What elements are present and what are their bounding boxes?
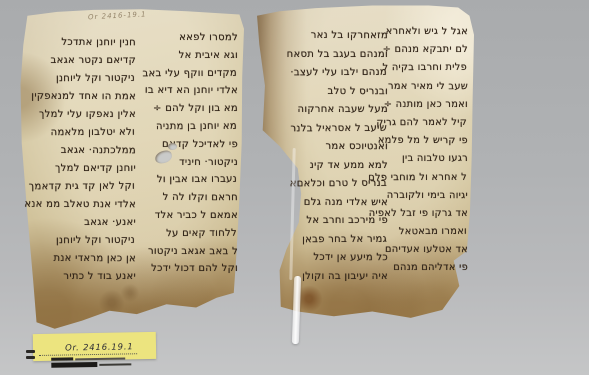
manuscript-text-line: ולא יטלבון מלאמה [27,124,135,143]
manuscript-text-line: פי לאדיכל קדאם [142,136,238,154]
manuscript-text-line: מנהם ילבו עלי לעצב· [299,64,387,83]
manuscript-text-line: שיעב ל אסראיל בלנר [299,119,387,138]
manuscript-text-line: ואנטיוכס אמר [300,138,388,157]
manuscript-text-line: וקל להם דכול ידכל [142,260,238,278]
scale-bar-edge-marks [26,350,35,362]
manuscript-text-line: אד אטלעו אעדיהם [386,241,468,260]
text-column-right-inner: מזאחרקו בל נארומנהם בעגב בל תסאחמנהם ילב… [300,27,388,286]
manuscript-text-line: פלית וחרבו בקיה ל [385,59,467,78]
manuscript-text-line: קדיאם נקטר אגאב [28,52,136,70]
manuscript-text-line: מא בון וקל להם ÷ [142,100,238,118]
manuscript-text-line: מקדים ווקף עלי באב [141,64,237,82]
manuscript-text-line: ממלכתנה· אגאב [28,142,136,160]
text-column-right-outer: אגל ל גיש ולאחראלם יתבקא מנהם ÷פלית וחרב… [386,23,468,278]
scale-bar [51,356,150,368]
manuscript-text-line: אד גרקו פי זבל לאפיה [386,205,468,223]
manuscript-text-line: פי קריש ל מל פלמא [386,132,468,151]
manuscript-text-line: פי אדליהם מנהם [386,259,468,277]
manuscript-text-line: אמאם ל כביר אלד [142,207,238,225]
manuscript-text-line: וגא איבית אל [142,47,238,65]
scale-bar-row-thick [51,361,150,368]
manuscript-text-line: מא יוחנן בן מתניה [141,118,237,136]
manuscript-text-line: ואמר כאן מותנה ÷ [386,96,468,114]
manuscript-text-line: מזאחרקו בל נאר [300,27,388,46]
shelfmark-label-text: Or. 2416.19.1 [39,342,138,356]
manuscript-text-line: אלדי אנת טאלב ממ אנא [28,196,136,214]
manuscript-text-line: אלדי יוחנן הא דיא בו [142,82,238,100]
manuscript-text-line: כל מיעע אן ידכל [300,249,388,268]
manuscript-text-line: יגיוה בימי ולקוברה [386,187,468,206]
manuscript-text-line: ניקטור וקל ליוחנן [27,232,135,251]
manuscript-text-line: יאנע בוד ל כתיר [28,268,136,286]
manuscript-text-line: אן כאן מראדי אנת [28,250,136,268]
parchment-hole-small [168,143,177,150]
manuscript-text-line: ניקטור וקל ליוחנן [27,70,135,89]
manuscript-photo: Or 2416-19.1 חנין יוחנן אתדכלקדיאם נקטר … [0,0,589,375]
manuscript-text-line: ל אחרא ול מוחבי פלם [385,168,467,187]
manuscript-text-line: יאנע· אגאב [28,214,136,232]
manuscript-text-line: ל באב אגאב ניקטור [142,242,238,260]
manuscript-text-line: איה יעיבון בה וקולן [300,268,388,287]
manuscript-text-line: וקל לאן קד גית קדאמך [27,178,135,197]
manuscript-text-line: לם יתבקא מנהם ÷ [386,41,468,59]
manuscript-text-line: חראם וקלו לה ל [142,189,238,207]
manuscript-text-line: מעל שעבה אחרקוה [300,101,388,120]
manuscript-text-line: ללחוד קאים על [141,225,237,243]
manuscript-text-line: אלין נאפקו עלי למלך [28,106,136,124]
manuscript-text-line: למסרו לפאא [142,29,238,47]
text-column-left-outer: חנין יוחנן אתדכלקדיאם נקטר אגאבניקטור וק… [28,34,136,286]
shelfmark-label: Or. 2416.19.1 [33,332,156,361]
scale-bar-row-thin [51,356,150,361]
manuscript-text-line: נעברו אבו אבין ול [141,171,237,189]
manuscript-text-line: רגעו טלבוה בין [386,150,468,168]
plastic-strip [292,276,301,344]
manuscript-text-line: יוחנן קדיאם למלך [28,160,136,178]
manuscript-text-line: ובנריס ל טלב [300,82,388,101]
manuscript-text-line: אמת הו אחד למנאפקין [28,88,136,106]
manuscript-text-line: ואמרו מבאטאל [385,223,467,242]
manuscript-text-line: חנין יוחנן אתדכל [28,34,136,52]
manuscript-text-line: קיל לאמר להם גריק [385,114,467,133]
manuscript-text-line: שעב לי מאיר אמר [386,77,468,96]
manuscript-text-line: ומנהם בעגב בל תסאח [300,46,388,65]
manuscript-text-line: אגל ל גיש ולאחרא [386,23,468,42]
manuscript-text-line: גמיר אל בחר פבאן [299,230,387,249]
